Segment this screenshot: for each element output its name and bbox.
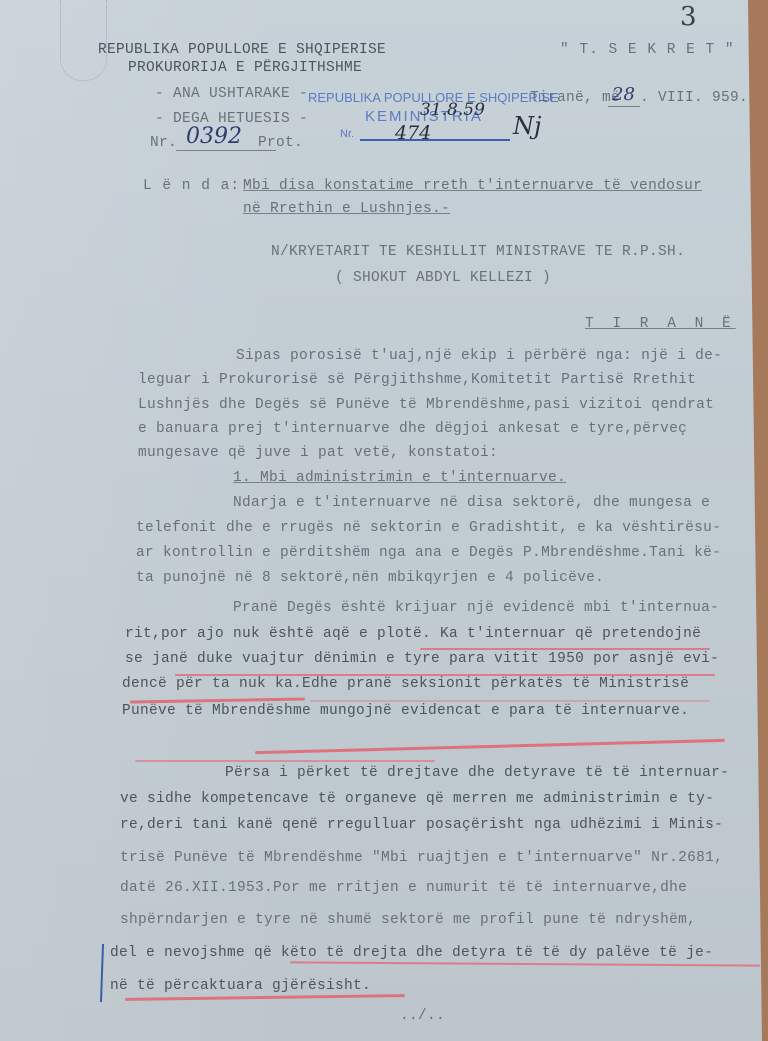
subject-label: L ë n d a: bbox=[143, 178, 240, 194]
paper-fold-mark bbox=[60, 0, 107, 81]
date-rest: . VIII. 959.- bbox=[640, 90, 757, 106]
stamp-received-date: 31.8.59 bbox=[420, 100, 485, 120]
para4-line-6: shpërndarjen e tyre në shumë sektorë me … bbox=[120, 912, 696, 928]
para1-line-2: leguar i Prokurorisë së Përgjithshme,Kom… bbox=[138, 372, 696, 388]
para4-line-4: trisë Punëve të Mbrendëshme "Mbi ruajtje… bbox=[120, 850, 723, 866]
para2-line-4: ta punojnë në 8 sektorë,nën mbikqyrjen e… bbox=[136, 570, 604, 586]
org-line-2: PROKURORIJA E PËRGJITHSHME bbox=[128, 60, 362, 76]
protocol-label: Nr. bbox=[150, 135, 177, 151]
date-underline bbox=[608, 106, 640, 107]
para2-line-2: telefonit dhe e rrugës në sektorin e Gra… bbox=[136, 520, 721, 536]
org-line-1: REPUBLIKA POPULLORE E SHQIPERISE bbox=[98, 42, 386, 58]
date-day: 28 bbox=[612, 84, 635, 105]
subject-line-1: Mbi disa konstatime rreth t'internuarve … bbox=[243, 178, 702, 194]
red-underline bbox=[255, 739, 725, 754]
document-page: 3 REPUBLIKA POPULLORE E SHQIPERISE PROKU… bbox=[0, 0, 768, 1041]
red-underline bbox=[175, 674, 715, 676]
para1-line-1: Sipas porosisë t'uaj,një ekip i përbërë … bbox=[236, 348, 722, 364]
para4-line-3: re,deri tani kanë qenë rregulluar posaçë… bbox=[120, 817, 723, 833]
para4-line-5: datë 26.XII.1953.Por me rritjen e numuri… bbox=[120, 880, 687, 896]
para3-line-3: se janë duke vuajtur dënimin e tyre para… bbox=[125, 651, 719, 667]
red-underline bbox=[290, 961, 760, 966]
page-number: 3 bbox=[680, 2, 697, 32]
para1-line-5: mungesave që juve i pat vetë, konstatoi: bbox=[138, 445, 498, 461]
red-underline bbox=[310, 700, 710, 702]
para1-line-3: Lushnjës dhe Degës së Punëve të Mbrendës… bbox=[138, 397, 714, 413]
protocol-number: 0392 bbox=[186, 124, 242, 149]
para3-line-2: rit,por ajo nuk është aqë e plotë. Ka t'… bbox=[125, 626, 701, 642]
addressee-city: T I R A N Ë bbox=[585, 316, 736, 332]
red-underline bbox=[135, 760, 435, 762]
para3-line-4: dencë për ta nuk ka.Edhe pranë seksionit… bbox=[122, 676, 689, 692]
section-1-title: 1. Mbi administrimin e t'internuarve. bbox=[233, 470, 566, 486]
para4-line-1: Përsa i përket të drejtave dhe detyrave … bbox=[225, 765, 729, 781]
continuation-mark: ../.. bbox=[400, 1008, 445, 1024]
para4-line-2: ve sidhe kompetencave të organeve që mer… bbox=[120, 791, 714, 807]
red-underline bbox=[420, 648, 710, 650]
stamp-nr-underline bbox=[360, 139, 510, 141]
stamp-nr-label: Nr. bbox=[340, 128, 354, 140]
subject-line-2: në Rrethin e Lushnjes.- bbox=[243, 201, 450, 217]
para4-line-7: del e nevojshme që këto të drejta dhe de… bbox=[110, 945, 713, 961]
addressee-line-1: N/KRYETARIT TE KESHILLIT MINISTRAVE TE R… bbox=[271, 244, 685, 260]
para4-line-8: në të përcaktuara gjërësisht. bbox=[110, 978, 371, 994]
addressee-line-2: ( SHOKUT ABDYL KELLEZI ) bbox=[335, 270, 551, 286]
protocol-suffix: Prot. bbox=[258, 135, 303, 151]
para3-line-5: Punëve të Mbrendëshme mungojnë evidencat… bbox=[122, 703, 689, 719]
stamp-initials: Nj bbox=[513, 112, 541, 140]
para2-line-1: Ndarja e t'internuarve në disa sektorë, … bbox=[233, 495, 710, 511]
classification-label: " T. S E K R E T " bbox=[560, 42, 735, 58]
para3-line-1: Pranë Degës është krijuar një evidencë m… bbox=[233, 600, 719, 616]
section-name: - ANA USHTARAKE - bbox=[155, 86, 308, 102]
para1-line-4: e banuara prej t'internuarve dhe dëgjoi … bbox=[138, 421, 687, 437]
stamp-nr-value: 474 bbox=[395, 122, 431, 144]
para2-line-3: ar kontrollin e përditshëm nga ana e Deg… bbox=[136, 545, 721, 561]
